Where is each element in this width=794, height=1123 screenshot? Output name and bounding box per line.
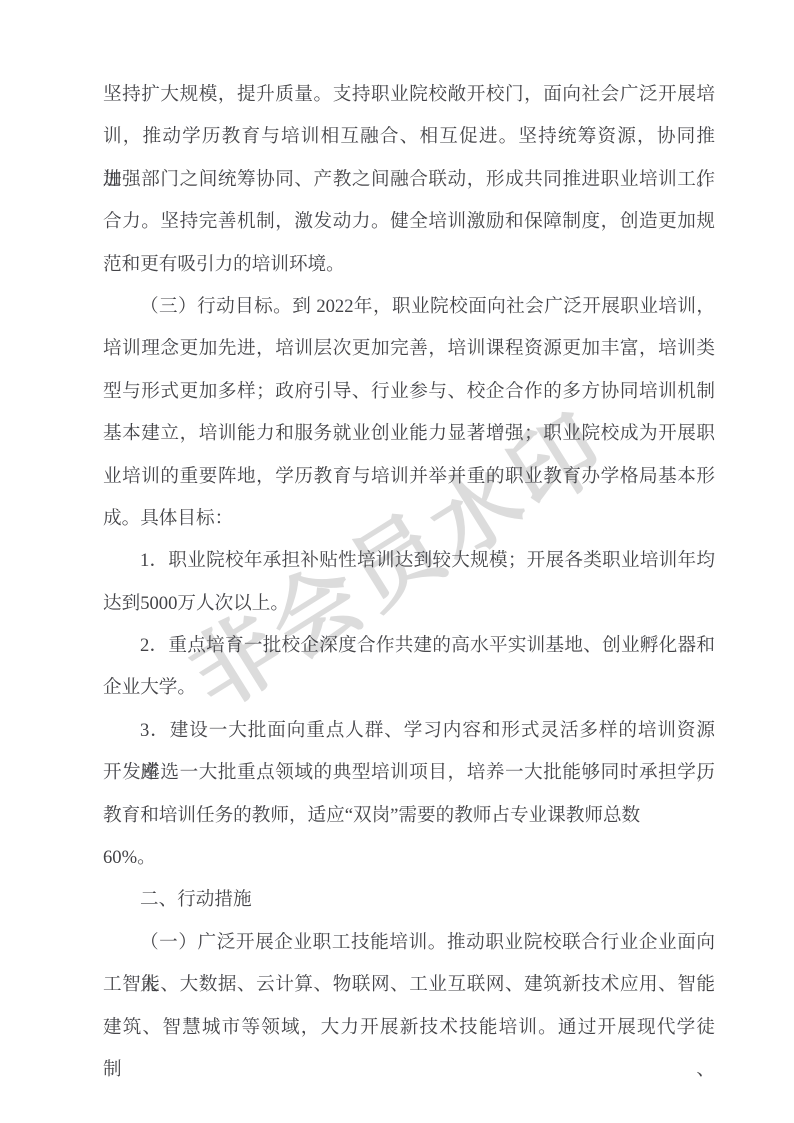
text-line: 企业大学。 — [103, 667, 715, 709]
text-line: 建筑、智慧城市等领域，大力开展新技术技能培训。通过开展现代学徒制、 — [103, 1007, 715, 1049]
text-line: 达到5000万人次以上。 — [103, 583, 715, 625]
text-line: 工智能、大数据、云计算、物联网、工业互联网、建筑新技术应用、智能 — [103, 964, 715, 1006]
text-line: 业培训的重要阵地，学历教育与培训并举并重的职业教育办学格局基本形 — [103, 456, 715, 498]
text-line: 基本建立，培训能力和服务就业创业能力显著增强；职业院校成为开展职 — [103, 413, 715, 455]
text-line: 教育和培训任务的教师，适应“双岗”需要的教师占专业课教师总数 — [103, 795, 715, 837]
text-line: 坚持扩大规模，提升质量。支持职业院校敞开校门，面向社会广泛开展培 — [103, 74, 715, 116]
document-page: 非会员水印 坚持扩大规模，提升质量。支持职业院校敞开校门，面向社会广泛开展培训，… — [0, 0, 794, 1123]
text-line: 成。具体目标： — [103, 498, 715, 540]
text-line: 3．建设一大批面向重点人群、学习内容和形式灵活多样的培训资源库， — [103, 710, 715, 752]
text-line: 加强部门之间统筹协同、产教之间融合联动，形成共同推进职业培训工作 — [103, 159, 715, 201]
text-line: 范和更有吸引力的培训环境。 — [103, 244, 715, 286]
text-line: 1．职业院校年承担补贴性培训达到较大规模；开展各类职业培训年均 — [103, 540, 715, 582]
document-body: 坚持扩大规模，提升质量。支持职业院校敞开校门，面向社会广泛开展培训，推动学历教育… — [103, 74, 715, 1049]
text-line: 训，推动学历教育与培训相互融合、相互促进。坚持统筹资源，协同推进。 — [103, 116, 715, 158]
text-line: 型与形式更加多样；政府引导、行业参与、校企合作的多方协同培训机制 — [103, 371, 715, 413]
text-line: 2．重点培育一批校企深度合作共建的高水平实训基地、创业孵化器和 — [103, 625, 715, 667]
text-line: 二、行动措施 — [103, 879, 715, 921]
text-line: 合力。坚持完善机制，激发动力。健全培训激励和保障制度，创造更加规 — [103, 201, 715, 243]
text-line: （三）行动目标。到 2022年，职业院校面向社会广泛开展职业培训， — [103, 286, 715, 328]
text-line: 开发遴选一大批重点领域的典型培训项目，培养一大批能够同时承担学历 — [103, 752, 715, 794]
text-line: 60%。 — [103, 837, 715, 879]
text-line: 培训理念更加先进，培训层次更加完善，培训课程资源更加丰富，培训类 — [103, 328, 715, 370]
text-line: （一）广泛开展企业职工技能培训。推动职业院校联合行业企业面向人 — [103, 922, 715, 964]
